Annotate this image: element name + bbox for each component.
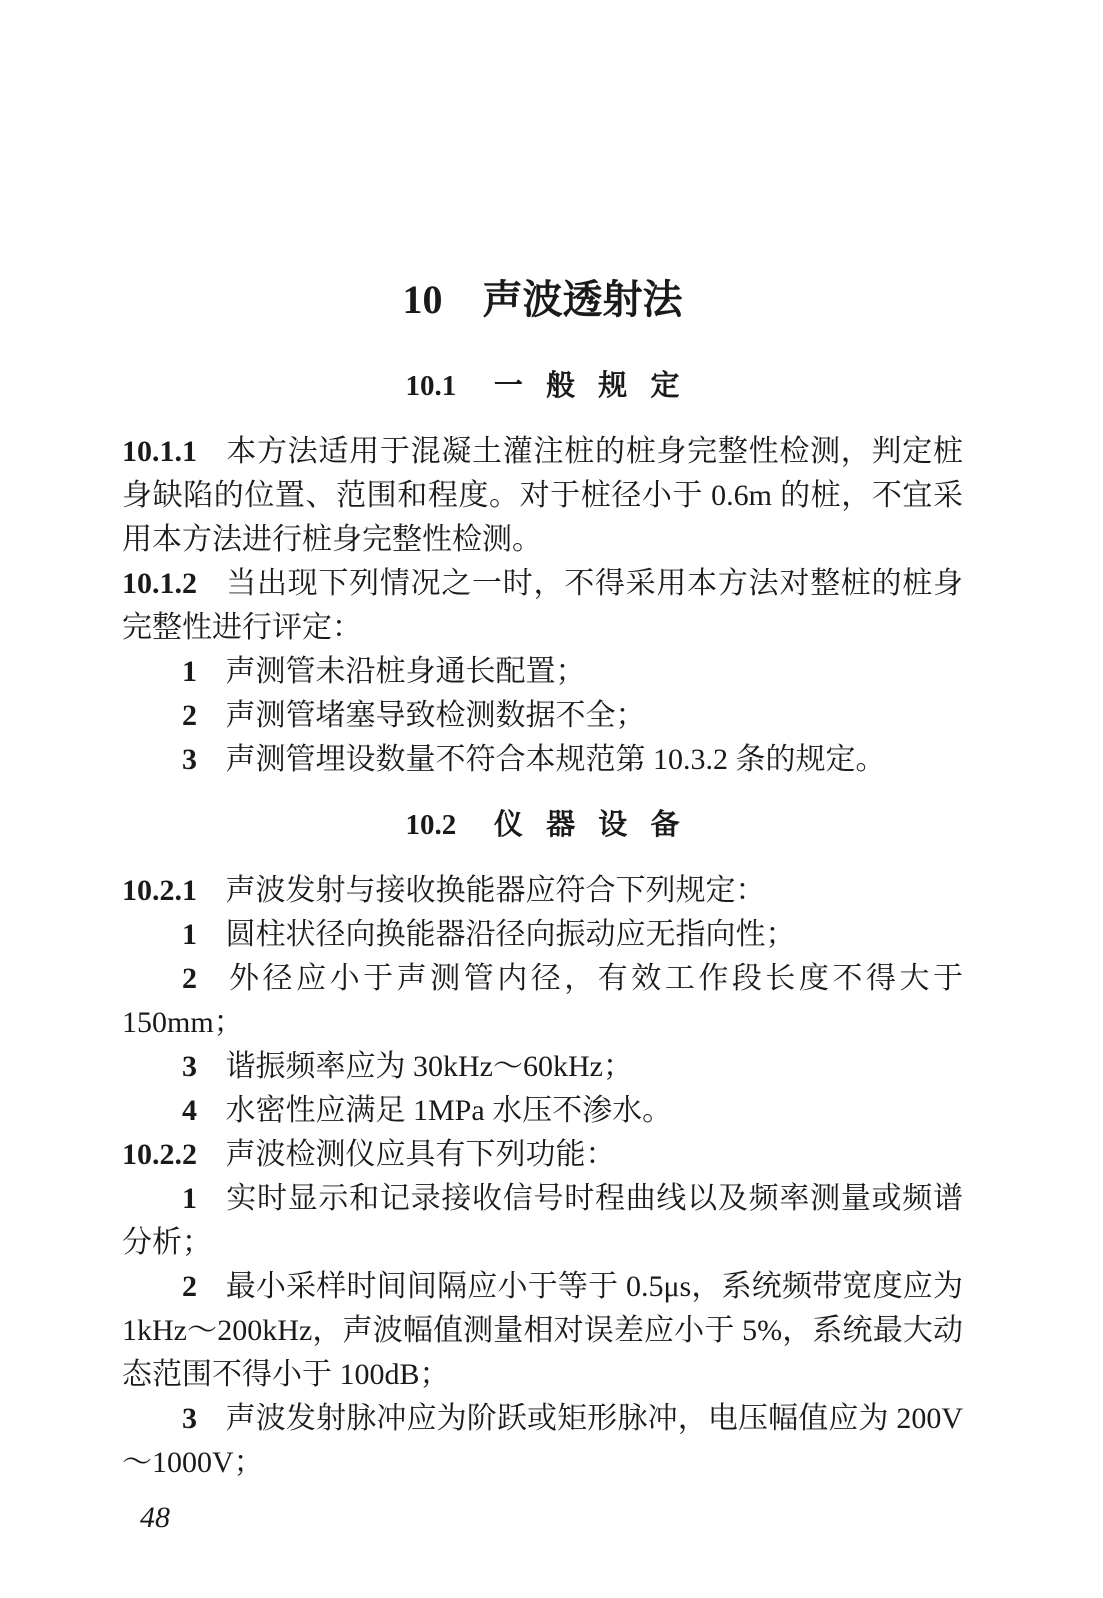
list-item-number: 2 <box>182 962 197 995</box>
list-item: 3声测管埋设数量不符合本规范第 10.3.2 条的规定。 <box>122 738 963 782</box>
clause-10-1-1: 10.1.1本方法适用于混凝土灌注桩的桩身完整性检测，判定桩身缺陷的位置、范围和… <box>122 430 963 562</box>
list-item-number: 2 <box>182 699 197 732</box>
clause-10-1-1-label: 10.1.1 <box>122 435 197 468</box>
clause-10-1-2-text: 当出现下列情况之一时，不得采用本方法对整桩的桩身完整性进行评定： <box>122 567 963 644</box>
list-item: 1声测管未沿桩身通长配置； <box>122 650 963 694</box>
section-10-1-number: 10.1 <box>405 370 456 402</box>
list-item: 4水密性应满足 1MPa 水压不渗水。 <box>122 1089 963 1133</box>
clause-10-2-1: 10.2.1声波发射与接收换能器应符合下列规定： <box>122 869 963 913</box>
document-page: 10声波透射法 10.1一 般 规 定 10.1.1本方法适用于混凝土灌注桩的桩… <box>0 0 1103 1598</box>
clause-10-2-2-label: 10.2.2 <box>122 1138 197 1171</box>
list-item: 1圆柱状径向换能器沿径向振动应无指向性； <box>122 913 963 957</box>
list-item-number: 4 <box>182 1094 197 1127</box>
section-10-2-title: 仪 器 设 备 <box>494 809 680 841</box>
clause-10-1-1-text: 本方法适用于混凝土灌注桩的桩身完整性检测，判定桩身缺陷的位置、范围和程度。对于桩… <box>122 435 963 556</box>
list-item-text: 声波发射脉冲应为阶跃或矩形脉冲，电压幅值应为 200V～1000V； <box>122 1402 963 1479</box>
list-item-number: 1 <box>182 1182 197 1215</box>
list-item-text: 声测管未沿桩身通长配置； <box>226 655 586 688</box>
page-content: 10声波透射法 10.1一 般 规 定 10.1.1本方法适用于混凝土灌注桩的桩… <box>0 0 1103 1535</box>
list-item-number: 3 <box>182 1402 197 1435</box>
section-heading-10-1: 10.1一 般 规 定 <box>122 369 963 403</box>
list-item: 2外径应小于声测管内径，有效工作段长度不得大于 150mm； <box>122 957 963 1045</box>
clause-10-2-1-label: 10.2.1 <box>122 874 197 907</box>
clause-10-2-1-text: 声波发射与接收换能器应符合下列规定： <box>226 874 766 907</box>
list-item-text: 水密性应满足 1MPa 水压不渗水。 <box>226 1094 673 1127</box>
section-10-1-title: 一 般 规 定 <box>494 370 680 402</box>
list-item: 3谐振频率应为 30kHz～60kHz； <box>122 1045 963 1089</box>
list-item: 2声测管堵塞导致检测数据不全； <box>122 694 963 738</box>
clause-10-2-2-text: 声波检测仪应具有下列功能： <box>226 1138 616 1171</box>
list-item-number: 2 <box>182 1270 197 1303</box>
list-item-text: 声测管埋设数量不符合本规范第 10.3.2 条的规定。 <box>226 743 886 776</box>
chapter-number: 10 <box>403 277 443 322</box>
page-number: 48 <box>140 1501 963 1535</box>
list-item: 2最小采样时间间隔应小于等于 0.5μs，系统频带宽度应为 1kHz～200kH… <box>122 1265 963 1397</box>
list-item-text: 实时显示和记录接收信号时程曲线以及频率测量或频谱分析； <box>122 1182 963 1259</box>
list-item-text: 声测管堵塞导致检测数据不全； <box>226 699 646 732</box>
list-item-text: 外径应小于声测管内径，有效工作段长度不得大于 150mm； <box>122 962 963 1039</box>
list-item-number: 3 <box>182 1050 197 1083</box>
clause-10-1-2-label: 10.1.2 <box>122 567 197 600</box>
chapter-heading: 10声波透射法 <box>122 276 963 324</box>
list-item: 3声波发射脉冲应为阶跃或矩形脉冲，电压幅值应为 200V～1000V； <box>122 1397 963 1485</box>
chapter-title: 声波透射法 <box>483 277 683 322</box>
list-item-number: 1 <box>182 655 197 688</box>
list-item-text: 圆柱状径向换能器沿径向振动应无指向性； <box>226 918 796 951</box>
clause-10-1-2: 10.1.2当出现下列情况之一时，不得采用本方法对整桩的桩身完整性进行评定： <box>122 562 963 650</box>
list-item-number: 3 <box>182 743 197 776</box>
clause-10-2-2: 10.2.2声波检测仪应具有下列功能： <box>122 1133 963 1177</box>
list-item: 1实时显示和记录接收信号时程曲线以及频率测量或频谱分析； <box>122 1177 963 1265</box>
list-item-number: 1 <box>182 918 197 951</box>
section-heading-10-2: 10.2仪 器 设 备 <box>122 808 963 842</box>
list-item-text: 谐振频率应为 30kHz～60kHz； <box>226 1050 633 1083</box>
section-10-2-number: 10.2 <box>405 809 456 841</box>
list-item-text: 最小采样时间间隔应小于等于 0.5μs，系统频带宽度应为 1kHz～200kHz… <box>122 1270 963 1391</box>
